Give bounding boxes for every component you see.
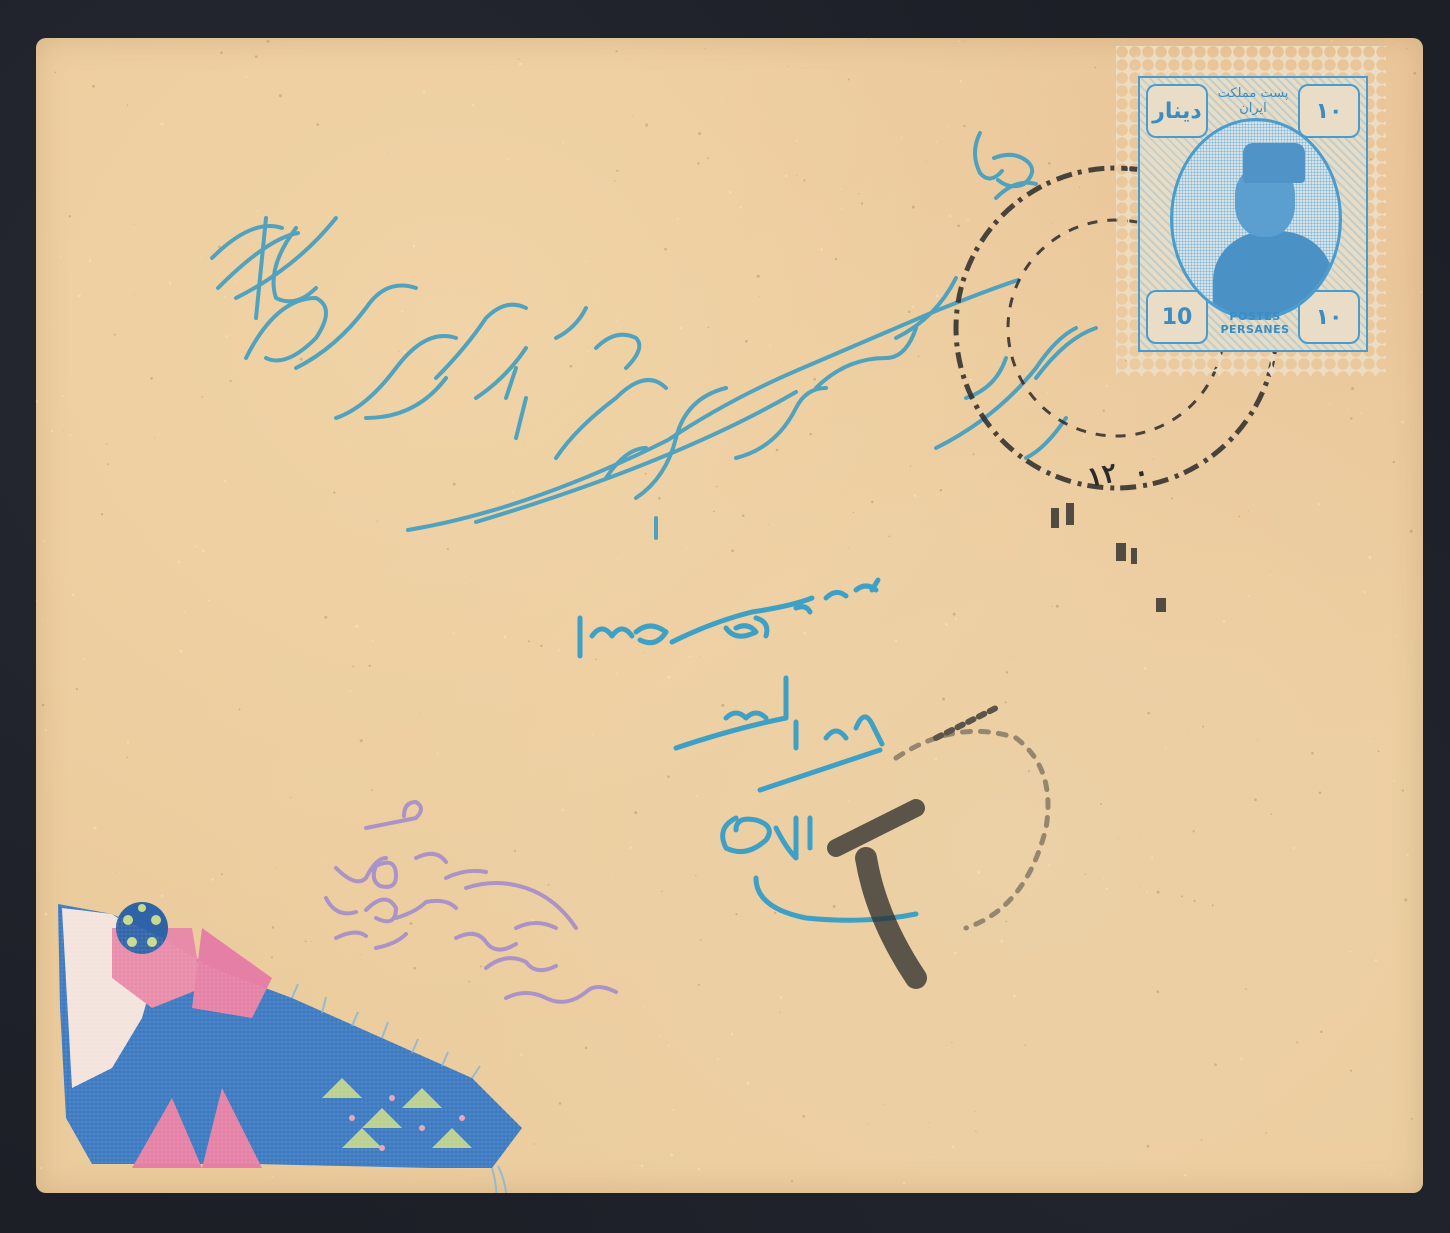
stamp-bottom-inscription: POSTES PERSANES xyxy=(1200,310,1310,336)
stamp-portrait-oval xyxy=(1170,118,1342,320)
envelope: EMR ۱۲ . طهران سرکار ... آقای ... مد ظله… xyxy=(36,38,1423,1193)
stamp-value-denomination: دینار xyxy=(1146,84,1208,138)
stamp-value-bottom-left: 10 xyxy=(1146,290,1208,344)
stamp-top-inscription: پست مملکت ایران xyxy=(1210,86,1296,116)
postage-stamp: دینار ۱۰ 10 ۱۰ پست مملکت ایران POSTES PE… xyxy=(1116,46,1386,376)
fabric-swatch xyxy=(52,868,532,1193)
portrait-cap xyxy=(1243,143,1305,183)
portrait-body xyxy=(1213,231,1333,320)
stamp-frame: دینار ۱۰ 10 ۱۰ پست مملکت ایران POSTES PE… xyxy=(1138,76,1368,352)
stamp-value-top-right: ۱۰ xyxy=(1298,84,1360,138)
